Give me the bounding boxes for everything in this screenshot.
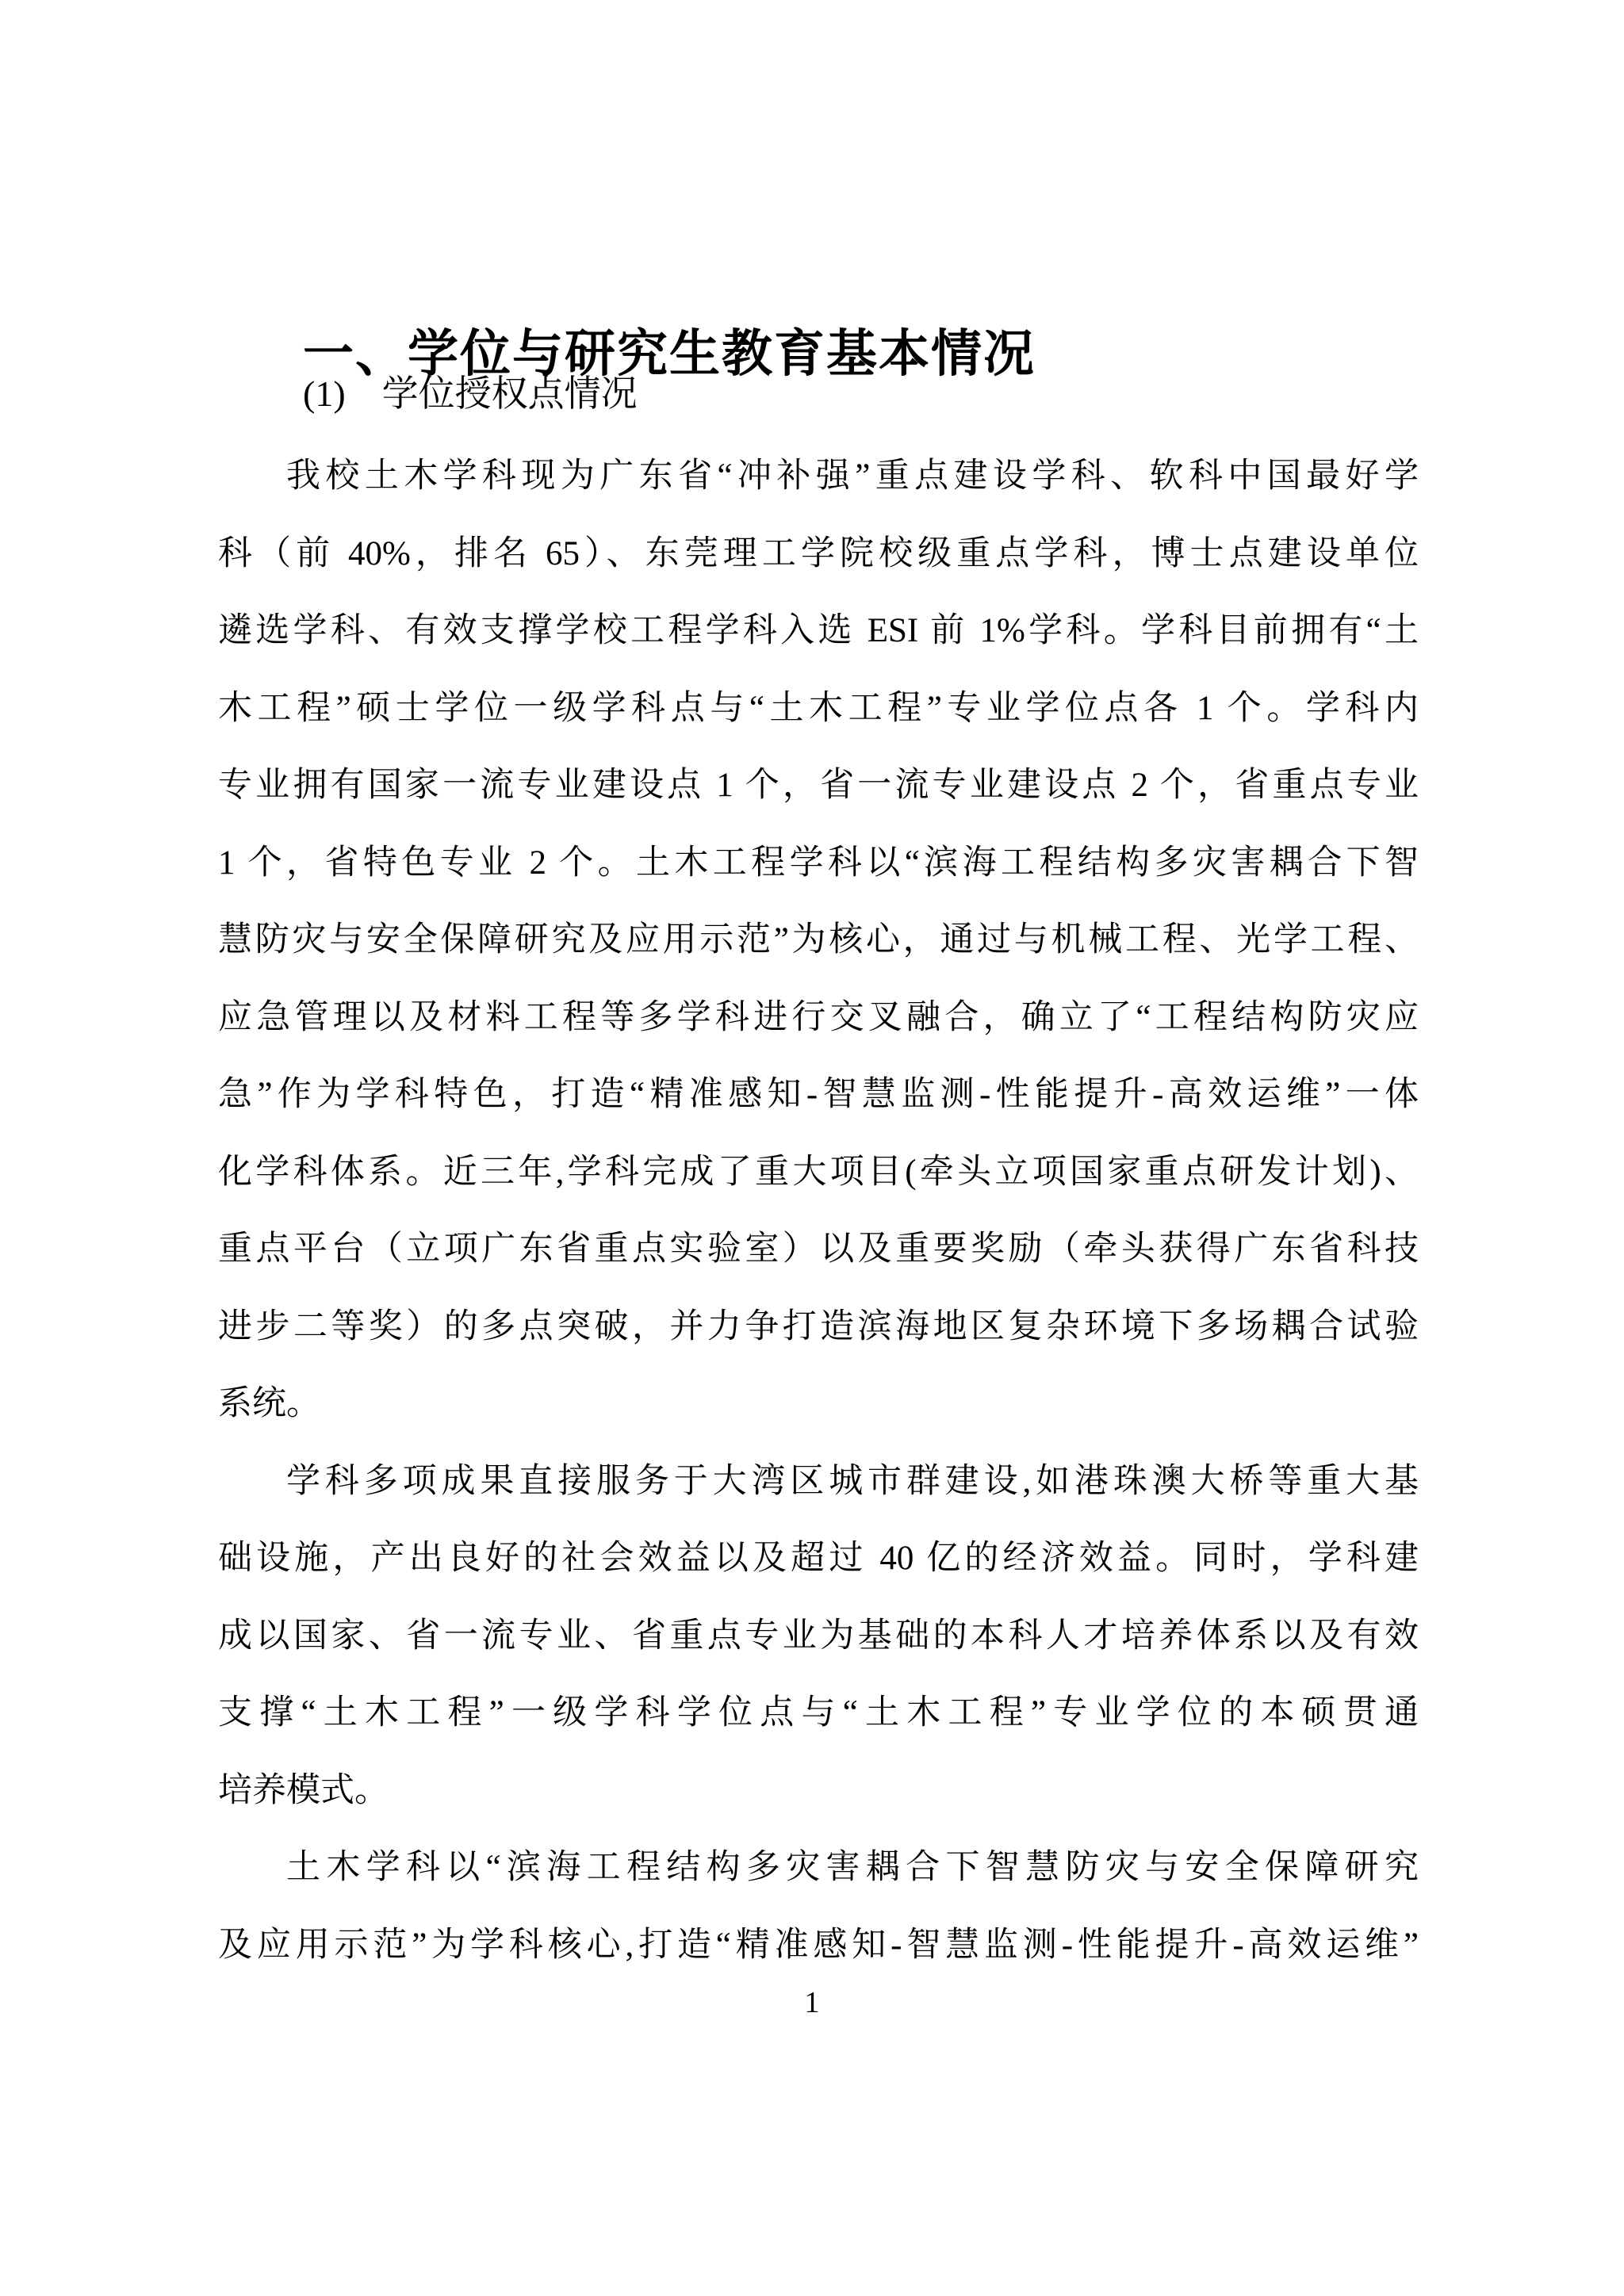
body-line: 础设施，产出良好的社会效益以及超过 40 亿的经济效益。同时，学科建 — [218, 1520, 1419, 1598]
subsection-title: (1) 学位授权点情况 — [303, 373, 638, 415]
body-line: 学科多项成果直接服务于大湾区城市群建设,如港珠澳大桥等重大基 — [218, 1443, 1419, 1521]
body-line: 应急管理以及材料工程等多学科进行交叉融合，确立了“工程结构防灾应 — [218, 979, 1419, 1057]
body-line: 重点平台（立项广东省重点实验室）以及重要奖励（牵头获得广东省科技 — [218, 1211, 1419, 1288]
body-line: 培养模式。 — [218, 1752, 1419, 1830]
body-text: 我校土木学科现为广东省“冲补强”重点建设学科、软科中国最好学 科（前 40%，排… — [218, 438, 1419, 1984]
body-line: 木工程”硕士学位一级学科点与“土木工程”专业学位点各 1 个。学科内 — [218, 670, 1419, 748]
body-line: 系统。 — [218, 1365, 1419, 1443]
body-line: 遴选学科、有效支撑学校工程学科入选 ESI 前 1%学科。学科目前拥有“土 — [218, 592, 1419, 670]
page-number: 1 — [0, 1985, 1624, 2020]
body-line: 慧防灾与安全保障研究及应用示范”为核心，通过与机械工程、光学工程、 — [218, 901, 1419, 979]
body-line: 进步二等奖）的多点突破，并力争打造滨海地区复杂环境下多场耦合试验 — [218, 1288, 1419, 1366]
body-line: 专业拥有国家一流专业建设点 1 个，省一流专业建设点 2 个，省重点专业 — [218, 747, 1419, 825]
body-line: 成以国家、省一流专业、省重点专业为基础的本科人才培养体系以及有效 — [218, 1598, 1419, 1675]
body-line: 土木学科以“滨海工程结构多灾害耦合下智慧防灾与安全保障研究 — [218, 1829, 1419, 1907]
document-page: 一、学位与研究生教育基本情况 (1) 学位授权点情况 我校土木学科现为广东省“冲… — [0, 0, 1624, 2296]
body-line: 化学科体系。近三年,学科完成了重大项目(牵头立项国家重点研发计划)、 — [218, 1134, 1419, 1211]
body-line: 1 个，省特色专业 2 个。土木工程学科以“滨海工程结构多灾害耦合下智 — [218, 825, 1419, 902]
paragraph-1: 我校土木学科现为广东省“冲补强”重点建设学科、软科中国最好学 科（前 40%，排… — [218, 438, 1419, 1443]
body-line: 及应用示范”为学科核心,打造“精准感知-智慧监测-性能提升-高效运维” — [218, 1907, 1419, 1984]
body-line: 急”作为学科特色，打造“精准感知-智慧监测-性能提升-高效运维”一体 — [218, 1056, 1419, 1134]
body-line: 科（前 40%，排名 65）、东莞理工学院校级重点学科，博士点建设单位 — [218, 515, 1419, 593]
body-line: 我校土木学科现为广东省“冲补强”重点建设学科、软科中国最好学 — [218, 438, 1419, 515]
paragraph-3: 土木学科以“滨海工程结构多灾害耦合下智慧防灾与安全保障研究 及应用示范”为学科核… — [218, 1829, 1419, 1984]
paragraph-2: 学科多项成果直接服务于大湾区城市群建设,如港珠澳大桥等重大基 础设施，产出良好的… — [218, 1443, 1419, 1830]
body-line: 支撑“土木工程”一级学科学位点与“土木工程”专业学位的本硕贯通 — [218, 1674, 1419, 1752]
